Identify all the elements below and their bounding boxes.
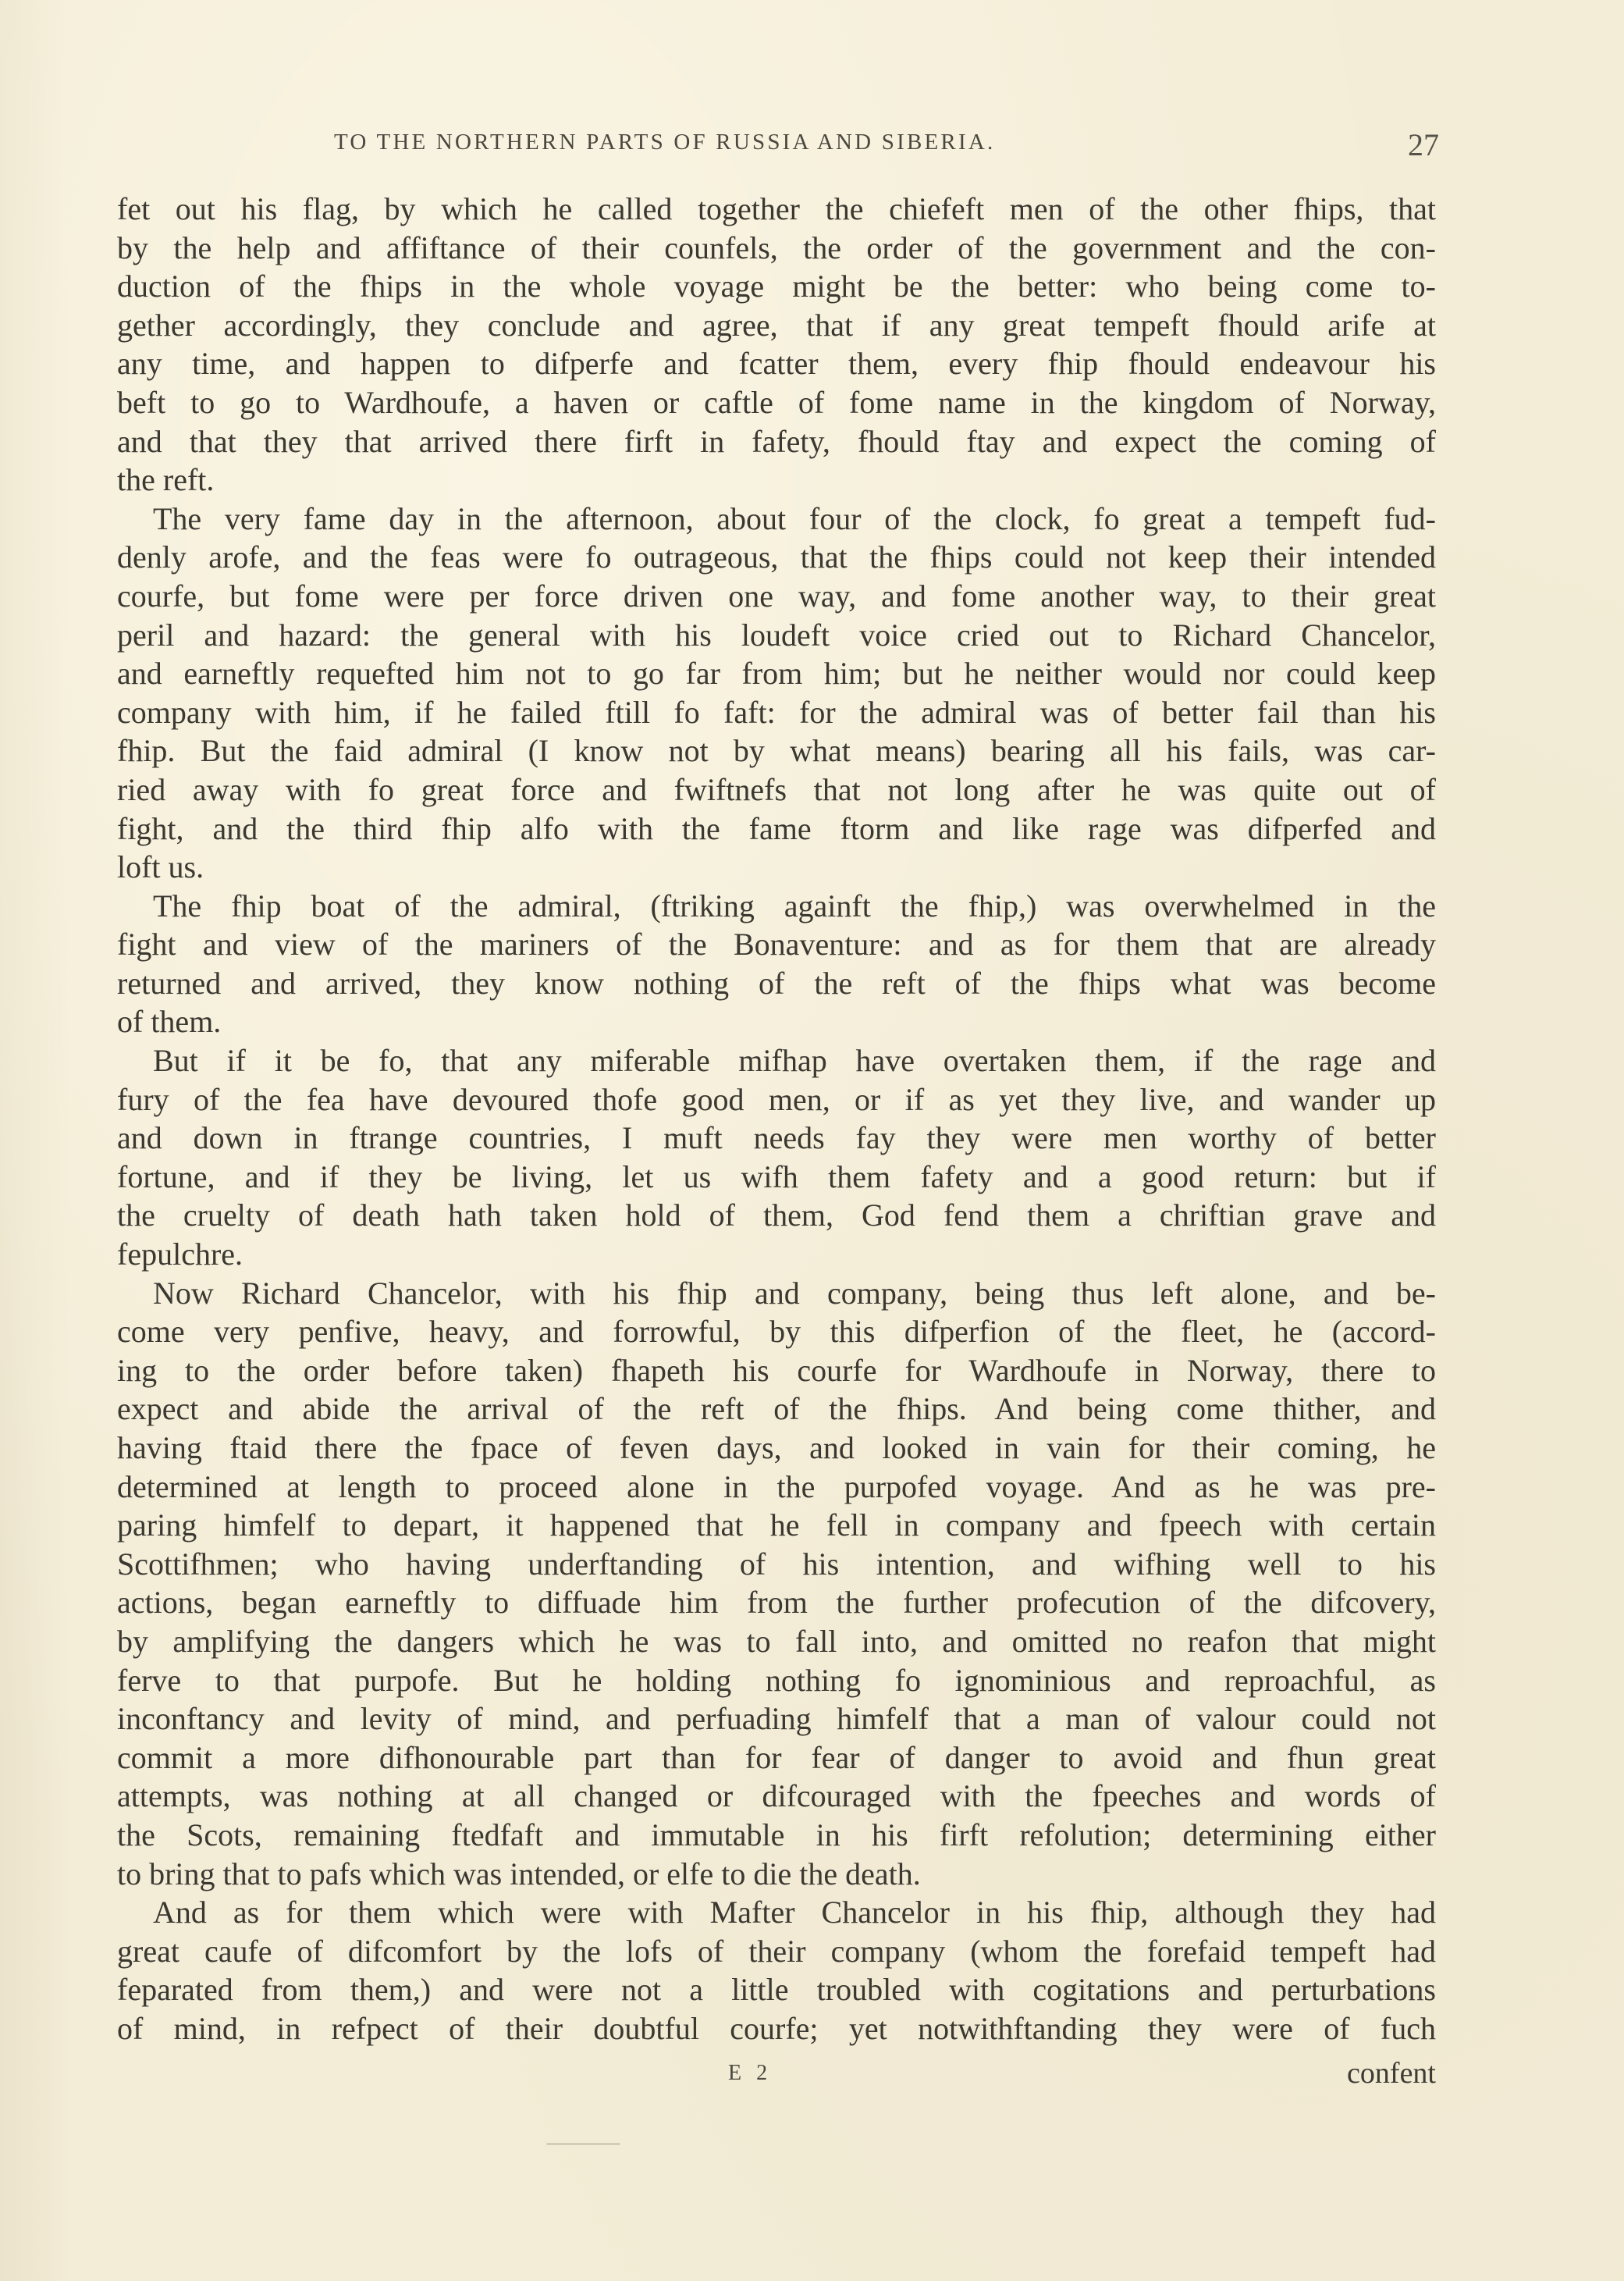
text-line: ing to the order before taken) fhapeth h… (117, 1351, 1436, 1390)
text-line: of mind, in refpect of their doubtful co… (117, 2009, 1436, 2048)
text-line: attempts, was nothing at all changed or … (117, 1777, 1436, 1816)
running-title: TO THE NORTHERN PARTS OF RUSSIA AND SIBE… (334, 130, 995, 155)
text-line: commit a more difhonourable part than fo… (117, 1738, 1436, 1777)
text-line: and down in ftrange countries, I muft ne… (117, 1119, 1436, 1158)
text-line: fight, and the third fhip alfo with the … (117, 810, 1436, 849)
paragraph-end-line: to bring that to pafs which was intended… (117, 1855, 1436, 1894)
text-line: company with him, if he failed ftill fo … (117, 693, 1436, 732)
text-line: paring himfelf to depart, it happened th… (117, 1506, 1436, 1545)
text-line: great caufe of difcomfort by the lofs of… (117, 1932, 1436, 1971)
text-line: come very penfive, heavy, and forrowful,… (117, 1312, 1436, 1351)
text-line: fortune, and if they be living, let us w… (117, 1158, 1436, 1197)
text-line: determined at length to proceed alone in… (117, 1468, 1436, 1507)
text-line: and earneftly requefted him not to go fa… (117, 654, 1436, 693)
text-line: by the help and affiftance of their coun… (117, 229, 1436, 268)
text-line: feparated from them,) and were not a lit… (117, 1970, 1436, 2009)
catchword: confent (1347, 2056, 1436, 2091)
text-line: expect and abide the arrival of the reft… (117, 1390, 1436, 1429)
paragraph-start-line: And as for them which were with Mafter C… (117, 1893, 1436, 1932)
text-line: fury of the fea have devoured thofe good… (117, 1080, 1436, 1119)
text-line: gether accordingly, they conclude and ag… (117, 306, 1436, 345)
paragraph-end-line: of them. (117, 1002, 1436, 1041)
text-line: Scottifhmen; who having underftanding of… (117, 1545, 1436, 1584)
text-line: beft to go to Wardhoufe, a haven or caft… (117, 383, 1436, 422)
text-line: ried away with fo great force and fwiftn… (117, 770, 1436, 810)
page-number: 27 (1408, 126, 1439, 163)
running-head: TO THE NORTHERN PARTS OF RUSSIA AND SIBE… (334, 130, 1439, 164)
body-text: fet out his flag, by which he called tog… (117, 190, 1436, 2048)
paper-smudge (546, 2143, 620, 2145)
text-line: actions, began earneftly to diffuade him… (117, 1583, 1436, 1622)
text-line: inconftancy and levity of mind, and perf… (117, 1699, 1436, 1738)
text-line: fet out his flag, by which he called tog… (117, 190, 1436, 229)
paragraph-end-line: loft us. (117, 848, 1436, 887)
text-line: duction of the fhips in the whole voyage… (117, 267, 1436, 306)
text-line: by amplifying the dangers which he was t… (117, 1622, 1436, 1661)
text-line: having ftaid there the fpace of feven da… (117, 1429, 1436, 1468)
text-line: returned and arrived, they know nothing … (117, 964, 1436, 1003)
text-line: and that they that arrived there firft i… (117, 422, 1436, 461)
paragraph-start-line: The fhip boat of the admiral, (ftriking … (117, 887, 1436, 926)
paragraph-start-line: The very fame day in the afternoon, abou… (117, 500, 1436, 539)
text-line: denly arofe, and the feas were fo outrag… (117, 538, 1436, 577)
paragraph-start-line: Now Richard Chancelor, with his fhip and… (117, 1274, 1436, 1313)
text-line: peril and hazard: the general with his l… (117, 616, 1436, 655)
signature-mark: E 2 (728, 2061, 772, 2086)
paragraph-end-line: the reft. (117, 461, 1436, 500)
page-footer: E 2 confent (117, 2061, 1436, 2095)
text-line: the Scots, remaining ftedfaft and immuta… (117, 1816, 1436, 1855)
paragraph-end-line: fepulchre. (117, 1235, 1436, 1274)
text-line: the cruelty of death hath taken hold of … (117, 1196, 1436, 1235)
text-line: courfe, but fome were per force driven o… (117, 577, 1436, 616)
paragraph-start-line: But if it be fo, that any miferable mifh… (117, 1041, 1436, 1080)
text-line: any time, and happen to difperfe and fca… (117, 344, 1436, 383)
book-page: TO THE NORTHERN PARTS OF RUSSIA AND SIBE… (0, 0, 1624, 2281)
text-line: ferve to that purpofe. But he holding no… (117, 1661, 1436, 1700)
text-line: fhip. But the faid admiral (I know not b… (117, 731, 1436, 770)
text-line: fight and view of the mariners of the Bo… (117, 925, 1436, 964)
